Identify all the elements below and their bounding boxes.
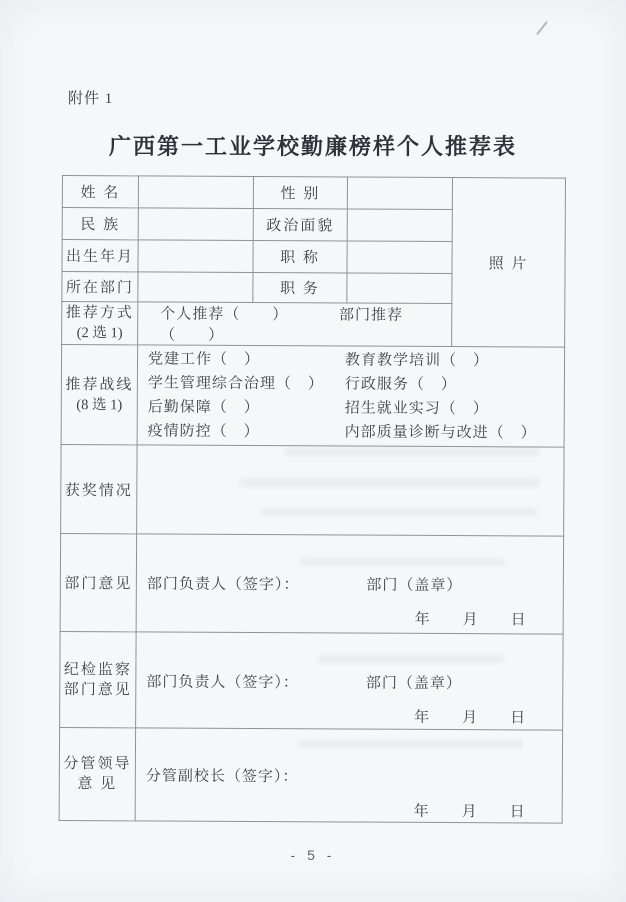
front-option-enrollment: 招生就业实习（ ） [345, 396, 564, 421]
political-status-label: 政治面貌 [253, 209, 347, 241]
dept-opinion-content-cell: 部门负责人（签字）： 部门（盖章） 年 月 日 [136, 534, 564, 634]
front-option-party: 党建工作（ ） [148, 347, 345, 372]
gender-value-cell [347, 177, 452, 210]
recommend-method-label: 推荐方式 [62, 303, 137, 323]
front-option-quality: 内部质量诊断与改进（ ） [345, 420, 564, 445]
recommend-method-options-cell: 个人推荐（ ） 部门推荐（ ） [138, 302, 452, 347]
discipline-label-line1: 纪检监察 [60, 659, 135, 679]
ethnicity-label: 民 族 [62, 208, 138, 240]
recommend-front-sublabel: (8 选 1) [62, 395, 137, 415]
position-label: 职 务 [253, 273, 347, 303]
department-value-cell [138, 272, 253, 303]
method-option-individual: 个人推荐（ ） [160, 307, 288, 324]
recommend-method-sublabel: (2 选 1) [62, 323, 137, 343]
front-option-logistics: 后勤保障（ ） [148, 395, 345, 420]
leader-opinion-label-cell: 分管领导 意 见 [59, 727, 135, 820]
attachment-label: 附件 1 [68, 87, 113, 108]
photo-cell: 照 片 [452, 178, 566, 348]
recommendation-form-table: 姓 名 性 别 照 片 民 族 政治面貌 出生年月 职 称 所在部门 职 务 推… [59, 175, 566, 824]
dept-signer-label: 部门负责人（签字）： [147, 574, 300, 595]
front-option-student-mgmt: 学生管理综合治理（ ） [148, 371, 345, 396]
dept-date-placeholder: 年 月 日 [137, 608, 563, 630]
department-label: 所在部门 [62, 272, 138, 302]
awards-content-cell [137, 445, 564, 536]
name-value-cell [138, 176, 253, 209]
awards-label-cell: 获奖情况 [61, 444, 137, 533]
dept-seal-label: 部门（盖章） [366, 576, 462, 597]
discipline-date-placeholder: 年 月 日 [136, 706, 562, 728]
leader-label-line1: 分管领导 [60, 754, 135, 774]
dept-opinion-label-cell: 部门意见 [60, 533, 137, 631]
scanned-document-page: { "page": { "attachment_label": "附件 1", … [0, 0, 626, 902]
gender-label: 性 别 [253, 177, 347, 209]
front-option-admin: 行政服务（ ） [345, 372, 564, 397]
birth-date-label: 出生年月 [62, 240, 138, 272]
leader-date-placeholder: 年 月 日 [136, 800, 562, 822]
position-value-cell [347, 273, 452, 304]
discipline-seal-label: 部门（盖章） [366, 674, 462, 695]
professional-title-label: 职 称 [253, 241, 347, 273]
front-option-epidemic: 疫情防控（ ） [148, 419, 345, 444]
discipline-opinion-label-cell: 纪检监察 部门意见 [60, 631, 137, 727]
discipline-signer-label: 部门负责人（签字）： [146, 672, 299, 693]
professional-title-value-cell [347, 241, 452, 274]
leader-label-line2: 意 见 [60, 774, 135, 794]
scan-corner-artifact [536, 21, 547, 35]
recommend-front-options-cell: 党建工作（ ） 学生管理综合治理（ ） 后勤保障（ ） 疫情防控（ ） 教育教学… [137, 345, 565, 447]
page-number: - 5 - [0, 847, 626, 863]
leader-signer-label: 分管副校长（签字）： [146, 766, 299, 787]
form-title: 广西第一工业学校勤廉榜样个人推荐表 [0, 130, 626, 161]
front-option-teaching: 教育教学培训（ ） [345, 348, 564, 373]
discipline-opinion-content-cell: 部门负责人（签字）： 部门（盖章） 年 月 日 [136, 632, 563, 730]
name-label: 姓 名 [62, 176, 138, 208]
political-status-value-cell [347, 209, 452, 242]
ethnicity-value-cell [138, 208, 253, 241]
recommend-front-label-cell: 推荐战线 (8 选 1) [61, 345, 138, 445]
recommend-front-label: 推荐战线 [62, 375, 137, 395]
discipline-label-line2: 部门意见 [60, 679, 135, 699]
birth-date-value-cell [138, 240, 253, 273]
recommend-method-label-cell: 推荐方式 (2 选 1) [62, 302, 138, 345]
leader-opinion-content-cell: 分管副校长（签字）： 年 月 日 [135, 728, 562, 823]
